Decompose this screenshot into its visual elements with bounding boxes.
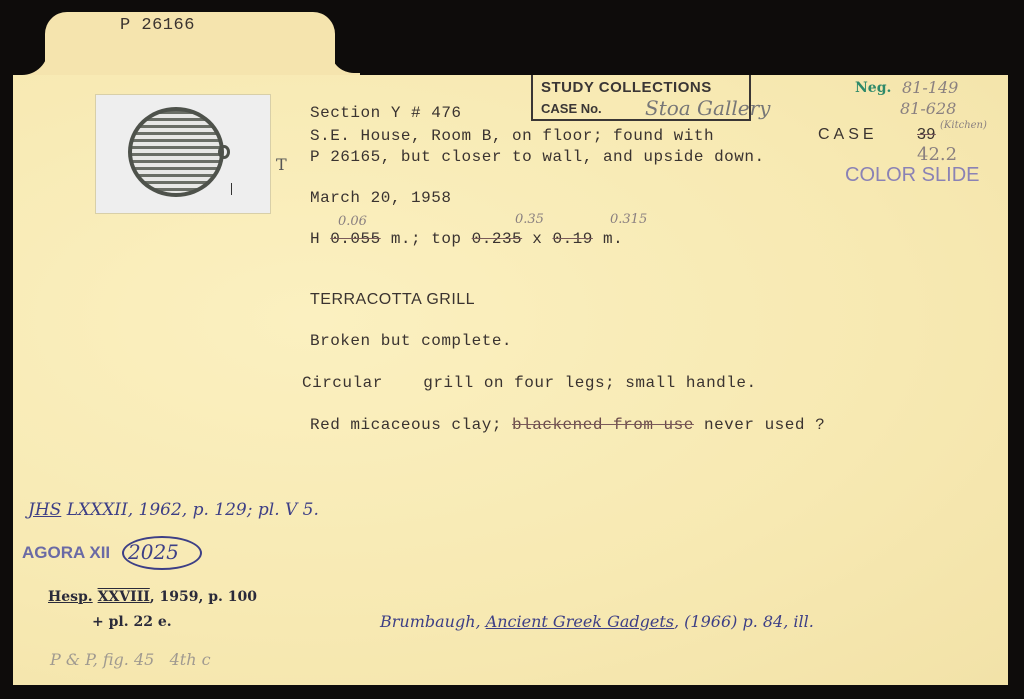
hesp-volume: XXVIII — [98, 589, 150, 605]
brumbaugh-ref: , (1966) p. 84, ill. — [674, 612, 814, 631]
case-old-number: 39 — [917, 126, 936, 144]
hesp-plate: + pl. 22 e. — [92, 614, 172, 630]
case-new-number: 42.2 — [917, 144, 957, 165]
jhs-abbrev: JHS — [28, 500, 61, 520]
brumbaugh-author: Brumbaugh, — [380, 612, 486, 631]
negative-number-1: 81-149 — [902, 78, 958, 97]
top-length-original: 0.235 — [472, 230, 523, 248]
fabric-prefix: Red micaceous clay; — [310, 416, 512, 434]
dim-times: x — [522, 230, 552, 248]
dim-suffix: m. — [593, 230, 623, 248]
dim-middle: m.; top — [381, 230, 472, 248]
stamp-line-2: CASE No. — [541, 101, 602, 116]
tab-mask-right — [330, 10, 390, 73]
agora-stamp: AGORA XII — [22, 543, 110, 563]
condition: Broken but complete. — [310, 332, 512, 350]
case-label: CASE — [818, 126, 878, 144]
description: Circular grill on four legs; small handl… — [302, 374, 757, 392]
pencil-mark — [231, 183, 232, 195]
findspot-line-1: S.E. House, Room B, on floor; found with — [310, 127, 714, 145]
brumbaugh-title: Ancient Greek Gadgets — [486, 612, 674, 631]
object-photo — [95, 94, 271, 214]
color-slide-stamp: COLOR SLIDE — [845, 164, 979, 187]
agora-number: 2025 — [128, 540, 179, 564]
bib-brumbaugh: Brumbaugh, Ancient Greek Gadgets, (1966)… — [380, 612, 814, 631]
height-original: 0.055 — [330, 230, 381, 248]
bib-hesperia: Hesp. XXVIII, 1959, p. 100 — [48, 589, 257, 605]
bib-pandp: P & P, fig. 45 4th c — [50, 650, 211, 669]
case-note: (Kitchen) — [940, 120, 987, 131]
top-width-original: 0.19 — [552, 230, 592, 248]
inventory-number: P 26166 — [120, 16, 195, 35]
negative-number-2: 81-628 — [900, 99, 956, 118]
negatives-label: Neg. — [855, 80, 891, 96]
top-length-corrected: 0.35 — [515, 212, 544, 227]
grill-image-icon — [128, 107, 224, 197]
stamp-line-1: STUDY COLLECTIONS — [541, 79, 712, 96]
dimensions: H 0.055 m.; top 0.235 x 0.19 m. — [310, 230, 623, 248]
hesp-ref: , 1959, p. 100 — [150, 589, 257, 605]
photo-mark: T — [276, 155, 287, 174]
object-title: TERRACOTTA GRILL — [310, 291, 475, 309]
hesp-abbrev: Hesp. — [48, 589, 93, 605]
grill-handle-icon — [218, 145, 230, 159]
tab-mask-left — [0, 20, 48, 75]
findspot-line-2: P 26165, but closer to wall, and upside … — [310, 148, 765, 166]
date: March 20, 1958 — [310, 189, 451, 207]
section-number: Section Y # 476 — [310, 104, 462, 122]
fabric-struck: blackened from use — [512, 416, 694, 434]
fabric: Red micaceous clay; blackened from use n… — [310, 416, 825, 434]
height-corrected: 0.06 — [338, 214, 367, 229]
bib-jhs: JHS LXXXII, 1962, p. 129; pl. V 5. — [28, 500, 319, 520]
dim-prefix: H — [310, 230, 330, 248]
case-location-handwritten: Stoa Gallery — [645, 96, 770, 120]
jhs-ref: LXXXII, 1962, p. 129; pl. V 5. — [61, 500, 319, 520]
fabric-suffix: never used ? — [694, 416, 825, 434]
top-width-corrected: 0.315 — [610, 212, 647, 227]
